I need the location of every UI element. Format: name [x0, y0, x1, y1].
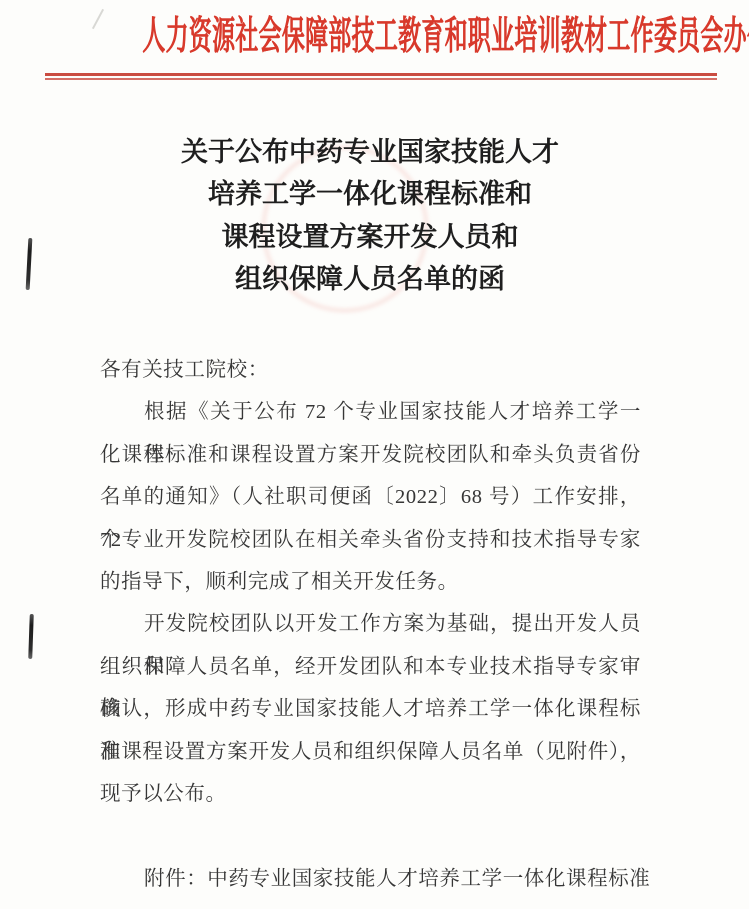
scan-scratch-artifact	[92, 9, 104, 29]
document-title-line: 培养工学一体化课程标准和	[100, 173, 640, 215]
body-lines: 各有关技工院校：根据《关于公布 72 个专业国家技能人才培养工学一体化课程标准和…	[100, 349, 641, 900]
body-line: 个专业开发院校团队在相关牵头省份支持和技术指导专家	[100, 519, 641, 561]
body-line: 确认，形成中药专业国家技能人才培养工学一体化课程标准	[100, 688, 641, 730]
body-line: 的指导下，顺利完成了相关开发任务。	[100, 561, 641, 603]
body-line: 各有关技工院校：	[100, 349, 641, 391]
letterhead-org-name: 人力资源社会保障部技工教育和职业培训教材工作委员会办公室	[142, 14, 606, 61]
body-blank-line	[100, 815, 641, 857]
document-title-line: 组织保障人员名单的函	[100, 258, 640, 300]
document-title: 关于公布中药专业国家技能人才 培养工学一体化课程标准和 课程设置方案开发人员和 …	[100, 131, 640, 300]
body-line: 名单的通知》（人社职司便函〔2022〕68 号）工作安排，72	[100, 476, 641, 518]
body-line: 开发院校团队以开发工作方案为基础，提出开发人员和	[100, 603, 641, 645]
body-line: 附件：中药专业国家技能人才培养工学一体化课程标准	[100, 858, 641, 900]
body-line: 和课程设置方案开发人员和组织保障人员名单（见附件），	[100, 731, 641, 773]
binding-mark-top	[26, 238, 32, 290]
document-title-line: 关于公布中药专业国家技能人才	[100, 131, 640, 173]
body-line: 根据《关于公布 72 个专业国家技能人才培养工学一体	[100, 391, 641, 433]
letterhead-double-rule	[45, 73, 717, 80]
document-title-line: 课程设置方案开发人员和	[100, 216, 640, 258]
body-line: 现予以公布。	[100, 773, 641, 815]
binding-mark-bottom	[28, 614, 34, 659]
body-line: 化课程标准和课程设置方案开发院校团队和牵头负责省份	[100, 434, 641, 476]
scanned-official-letter-page: 人力资源社会保障部技工教育和职业培训教材工作委员会办公室 关于公布中药专业国家技…	[0, 0, 749, 909]
body-line: 组织保障人员名单，经开发团队和本专业技术指导专家审核	[100, 646, 641, 688]
